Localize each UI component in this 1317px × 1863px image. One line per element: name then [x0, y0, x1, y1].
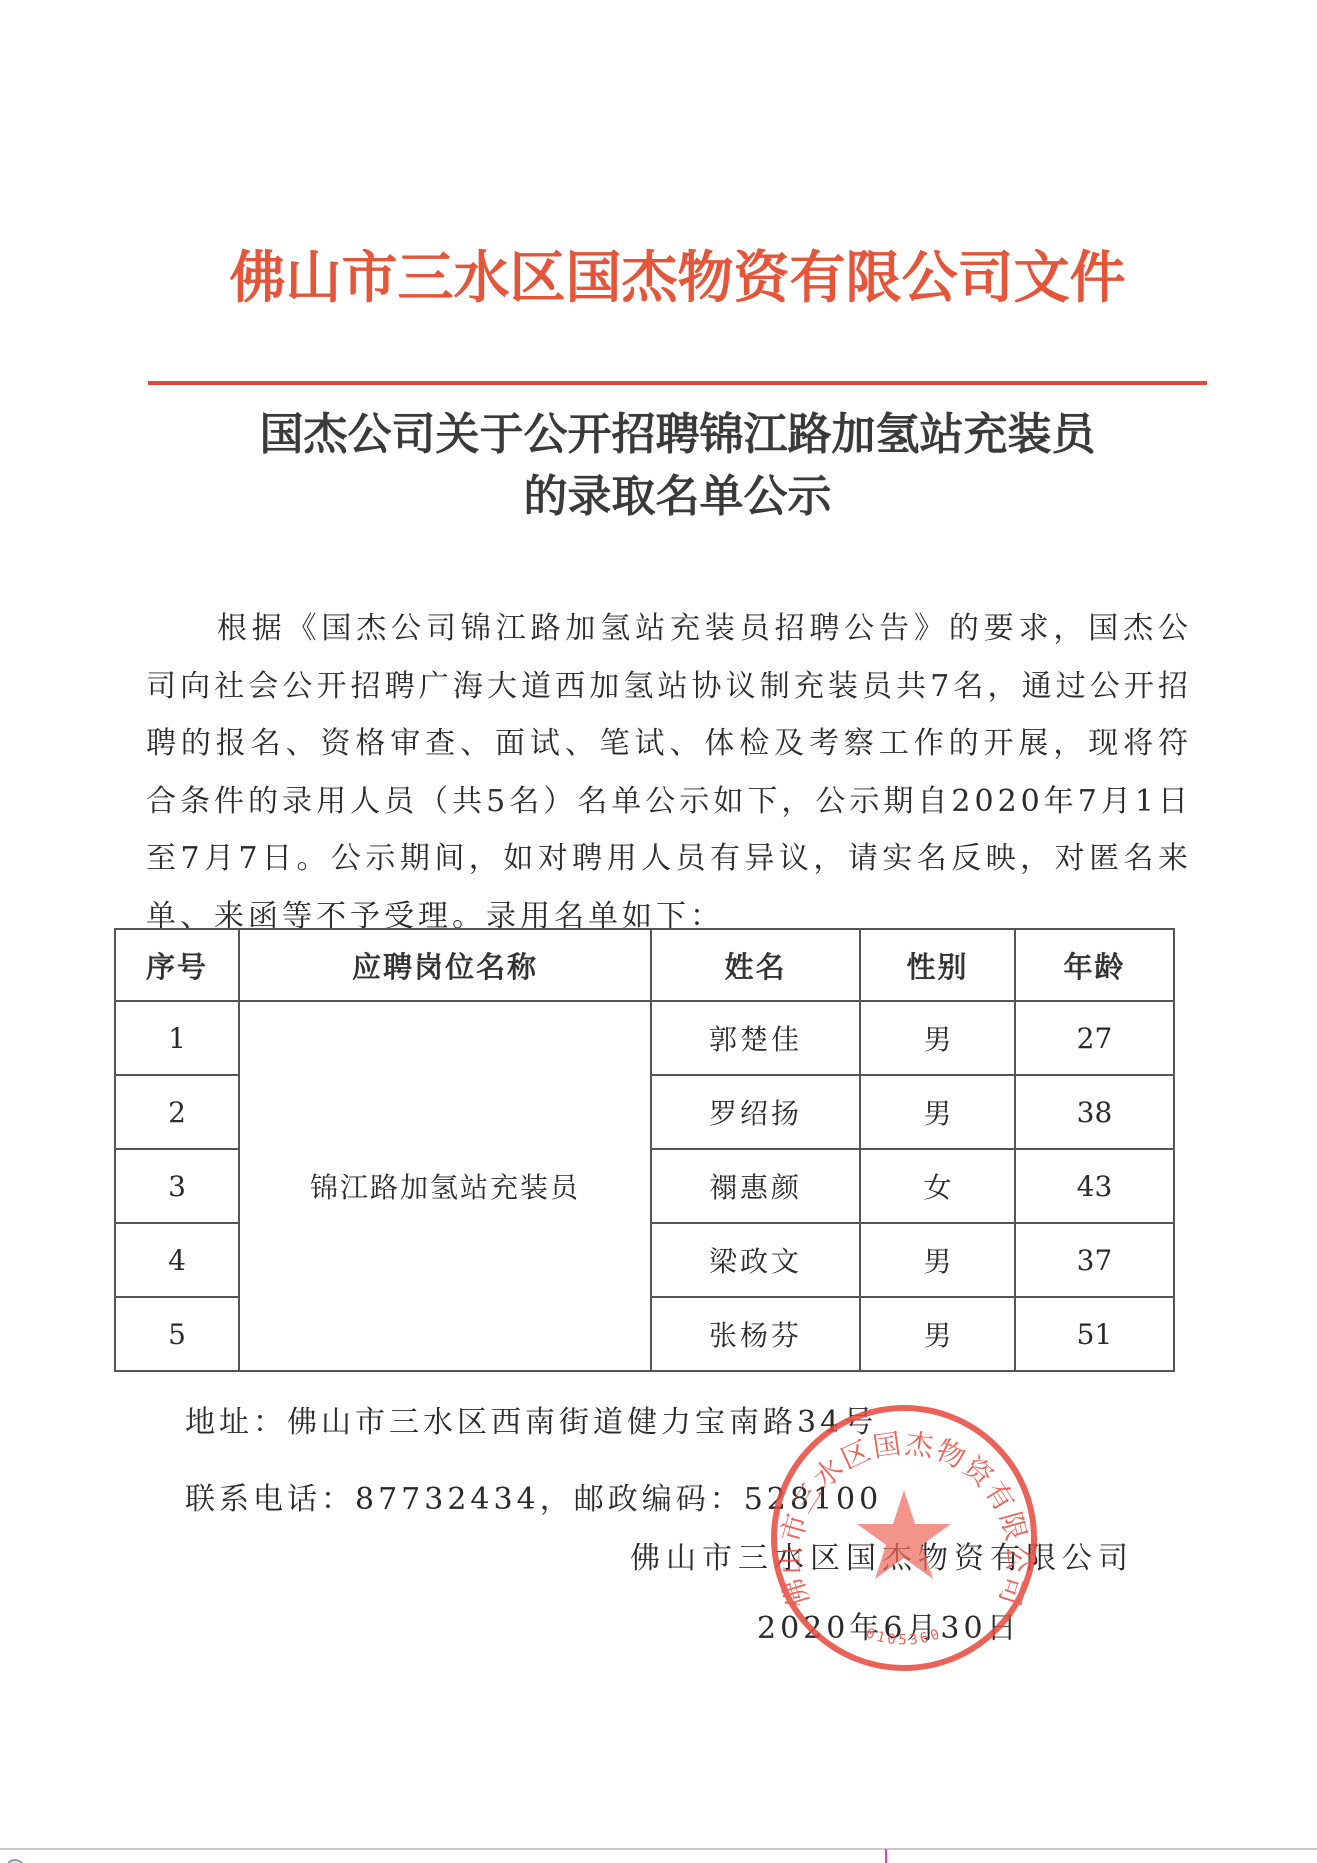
seal-serial: 0105360: [864, 1625, 945, 1648]
body-paragraph: 根据《国杰公司锦江路加氢站充装员招聘公告》的要求，国杰公司向社会公开招聘广海大道…: [146, 600, 1192, 945]
document-title-line-2: 的录取名单公示: [148, 469, 1207, 525]
corner-arc-icon: [4, 1855, 26, 1863]
cell-serial-no: 4: [115, 1223, 239, 1297]
red-divider: [148, 381, 1207, 385]
header-age: 年龄: [1015, 929, 1174, 1001]
hire-list-table: 序号 应聘岗位名称 姓名 性别 年龄 1 锦江路加氢站充装员 郭楚佳 男 27 …: [114, 928, 1175, 1372]
cell-serial-no: 5: [115, 1297, 239, 1371]
cell-name: 禤惠颜: [651, 1149, 860, 1223]
cell-gender: 男: [860, 1297, 1015, 1371]
table-header-row: 序号 应聘岗位名称 姓名 性别 年龄: [115, 929, 1174, 1001]
svg-text:0105360: 0105360: [864, 1625, 945, 1648]
header-serial-no: 序号: [115, 929, 239, 1001]
document-title-line-1: 国杰公司关于公开招聘锦江路加氢站充装员: [148, 407, 1207, 463]
cell-name: 张杨芬: [651, 1297, 860, 1371]
header-position: 应聘岗位名称: [239, 929, 651, 1001]
cell-name: 罗绍扬: [651, 1075, 860, 1149]
page-bottom-rule: [0, 1848, 1317, 1850]
header-gender: 性别: [860, 929, 1015, 1001]
cell-position: 锦江路加氢站充装员: [239, 1001, 651, 1371]
cell-gender: 女: [860, 1149, 1015, 1223]
cell-serial-no: 2: [115, 1075, 239, 1149]
org-document-header: 佛山市三水区国杰物资有限公司文件: [148, 246, 1207, 312]
cell-name: 梁政文: [651, 1223, 860, 1297]
cell-age: 43: [1015, 1149, 1174, 1223]
cell-gender: 男: [860, 1223, 1015, 1297]
official-seal-stamp: 佛山市三水区国杰物资有限公司 0105360: [768, 1402, 1040, 1674]
cell-name: 郭楚佳: [651, 1001, 860, 1075]
cell-serial-no: 1: [115, 1001, 239, 1075]
cell-age: 27: [1015, 1001, 1174, 1075]
cell-age: 38: [1015, 1075, 1174, 1149]
cell-age: 51: [1015, 1297, 1174, 1371]
cell-serial-no: 3: [115, 1149, 239, 1223]
cell-age: 37: [1015, 1223, 1174, 1297]
star-icon: [857, 1490, 951, 1579]
body-text: 根据《国杰公司锦江路加氢站充装员招聘公告》的要求，国杰公司向社会公开招聘广海大道…: [146, 611, 1192, 934]
page-marker-tick: [885, 1849, 887, 1863]
header-name: 姓名: [651, 929, 860, 1001]
cell-gender: 男: [860, 1001, 1015, 1075]
table-row: 1 锦江路加氢站充装员 郭楚佳 男 27: [115, 1001, 1174, 1075]
cell-gender: 男: [860, 1075, 1015, 1149]
